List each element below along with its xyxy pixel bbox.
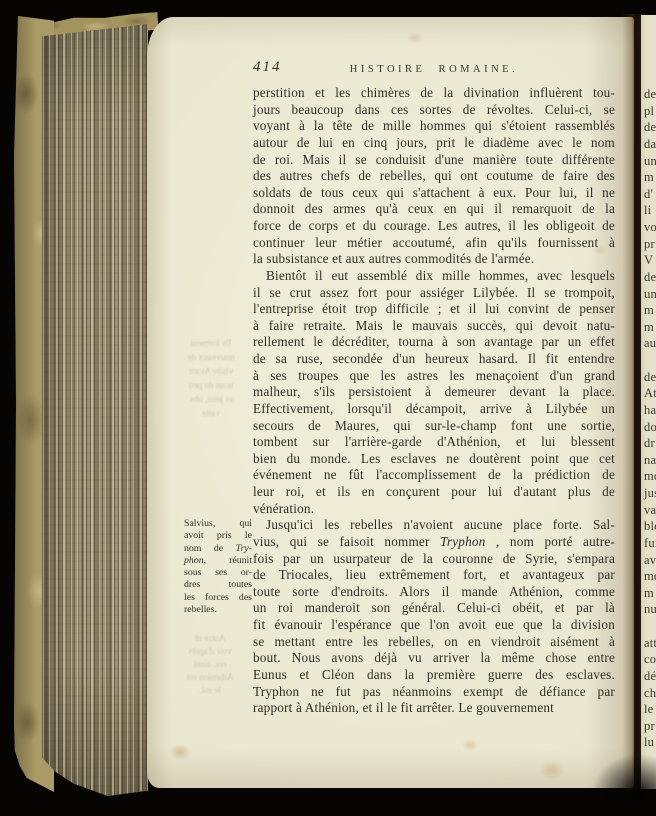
text-line: malheur, s'ils persistoient à demeurer d… [253,384,615,401]
text-line: Bientôt il eut assemblé dix mille hommes… [253,268,615,285]
text-fragment: jus [644,485,656,502]
text-line: leur roi, et ils en conçurent pour lui d… [253,484,615,501]
text-fragment: vo [644,219,656,236]
text-line: rellement le décréditer, tourna à son av… [253,334,615,351]
ghost-line: vaite [173,407,249,421]
book-scan-scene: 414 HISTOIRE ROMAINE. perstition et les … [0,0,656,816]
running-header: HISTOIRE ROMAINE. [253,64,615,75]
text-fragment: au [644,335,656,352]
text-fragment: co [644,651,656,668]
text-line: de Triocales, lieu extrêmement fort, et … [253,567,615,584]
margin-note: Salvius, quiavoit pris lenom de Try-phon… [184,518,252,616]
paragraph-2: Bientôt il eut assemblé dix mille hommes… [253,268,615,517]
text-fragment: de [644,269,656,286]
margin-note-line: rebelles. [184,604,252,616]
text-fragment [644,618,656,635]
text-fragment: att [644,635,656,652]
paragraph-1: perstition et les chimères de la divinat… [253,85,615,268]
text-line: se mettant entre les rebelles, on en vie… [253,634,615,651]
margin-note-line: les forces des [184,592,252,604]
text-fragment: pl [644,103,656,120]
text-fragment: ble [644,518,656,535]
ghost-line: Ils forment [173,337,249,351]
text-fragment: dé [644,668,656,685]
text-line: de sa ruse, secondée d'un heureux hasard… [253,351,615,368]
text-fragment: un [644,153,656,170]
text-line: donnoit des armes qu'à ceux en qui il re… [253,201,615,218]
text-fragment: da [644,136,656,153]
text-fragment: pr [644,718,656,735]
text-line: tombent sur l'arrière-garde d'Athénion, … [253,434,615,451]
text-fragment: de [644,369,656,386]
text-fragment: ha [644,402,656,419]
next-page-edge: depldedaunmd'livoprVdeunmmau deAthadodrn… [641,15,656,789]
text-line: des autres chefs de rebelles, qui ont co… [253,168,615,185]
text-line: la subsistance et aux autres commodités … [253,251,615,268]
ghost-line: le roi. [171,685,249,698]
text-line: bien du monde. Les esclaves ne doutèrent… [253,451,615,468]
ghost-line: res, ainsi [171,659,249,672]
ghost-line: nous de peu [173,379,249,393]
text-line: autour de lui en cinq jours, prit le dia… [253,135,615,152]
ghost-line: Athénion est [171,672,249,685]
gutter-bottom-shadow [586,748,656,800]
text-fragment: dr [644,435,656,452]
text-fragment: un [644,286,656,303]
margin-note-line: nom de Try- [184,543,252,555]
margin-note-line: sous ses or- [184,567,252,579]
page-stack-fore-edge [42,24,148,796]
text-fragment: va [644,502,656,519]
text-fragment: m [644,585,656,602]
margin-note-line: dres toutes [184,579,252,591]
body-text: perstition et les chimères de la divinat… [253,85,615,717]
text-line: un roi manderoit son général. Celui-ci o… [253,600,615,617]
text-line: force de corps et du courage. Les autres… [253,218,615,235]
text-line: vius, qui se faisoit nommer Tryphon , no… [253,534,615,551]
text-fragment: le [644,701,656,718]
ghost-line: et jeux, obs [173,393,249,407]
text-fragment: li [644,202,656,219]
text-fragment: mo [644,568,656,585]
text-line: fois par un usurpateur de la couronne de… [253,551,615,568]
ghost-line: nouveaux de [173,351,249,365]
text-line: rapport à Athénion, et il le fit arrêter… [253,700,615,717]
paragraph-3: Jusqu'ici les rebelles n'avoient aucune … [253,517,615,717]
book-page: 414 HISTOIRE ROMAINE. perstition et les … [147,17,634,788]
text-fragment: nu [644,601,656,618]
text-fragment: At [644,385,656,402]
margin-note-line: Salvius, qui [184,518,252,530]
text-line: soldats de tous ceux qui s'attachent à e… [253,185,615,202]
text-line: bout. Nous avons déjà vu arriver la même… [253,650,615,667]
text-fragment: m [644,169,656,186]
ghost-line: Autre ré [171,633,249,646]
text-fragment: mo [644,468,656,485]
show-through-text-middle: Ils formentnouveaux devisite Avantnous d… [173,337,249,421]
text-fragment: V [644,252,656,269]
text-fragment: de [644,86,656,103]
text-line: événement ne fût l'accomplissement de la… [253,467,615,484]
text-line: toute sorte d'endroits. Alors il mande A… [253,584,615,601]
text-fragment: av [644,552,656,569]
show-through-text-bottom: Autre révoir d'aprèsres, ainsiAthénion e… [171,633,249,698]
text-fragment: ch [644,685,656,702]
text-fragment: fui [644,535,656,552]
text-fragment: na [644,452,656,469]
ghost-line: voir d'après [171,646,249,659]
text-line: perstition et les chimères de la divinat… [253,85,615,102]
margin-note-line: avoit pris le [184,530,252,542]
text-line: de roi. Mais il se conduisit d'une maniè… [253,152,615,169]
text-fragment: m [644,302,656,319]
text-line: à faire retraite. Mais le mauvais succès… [253,318,615,335]
text-fragment [644,352,656,369]
text-line: Jusqu'ici les rebelles n'avoient aucune … [253,517,615,534]
text-line: fit évanouir l'espérance que l'on avoit … [253,617,615,634]
text-fragment: m [644,319,656,336]
text-fragment: d' [644,186,656,203]
text-fragment: do [644,419,656,436]
text-line: l'entreprise étoit trop difficile ; et i… [253,301,615,318]
text-line: vénération. [253,501,615,518]
text-line: Tryphon ne fut pas néanmoins exempt de d… [253,684,615,701]
margin-note-line: phon, réunit [184,555,252,567]
text-fragment: de [644,119,656,136]
text-line: secours de Maures, qui sur-le-champ font… [253,418,615,435]
next-page-text-fragments: depldedaunmd'livoprVdeunmmau deAthadodrn… [641,15,656,751]
text-line: Eunus et Cléon dans la première guerre d… [253,667,615,684]
text-line: à ses troupes que les astres les menaçoi… [253,368,615,385]
text-line: continuer leur métier accoutumé, afin qu… [253,235,615,252]
text-line: voyant à la tête de mille hommes qui s'é… [253,118,615,135]
ghost-line: visite Avant [173,365,249,379]
text-line: il se crut assez fort pour assiéger Lily… [253,285,615,302]
text-line: jours beaucoup dans ces sortes de révolt… [253,102,615,119]
text-line: Effectivement, lorsqu'il décampoit, arri… [253,401,615,418]
text-fragment: pr [644,236,656,253]
